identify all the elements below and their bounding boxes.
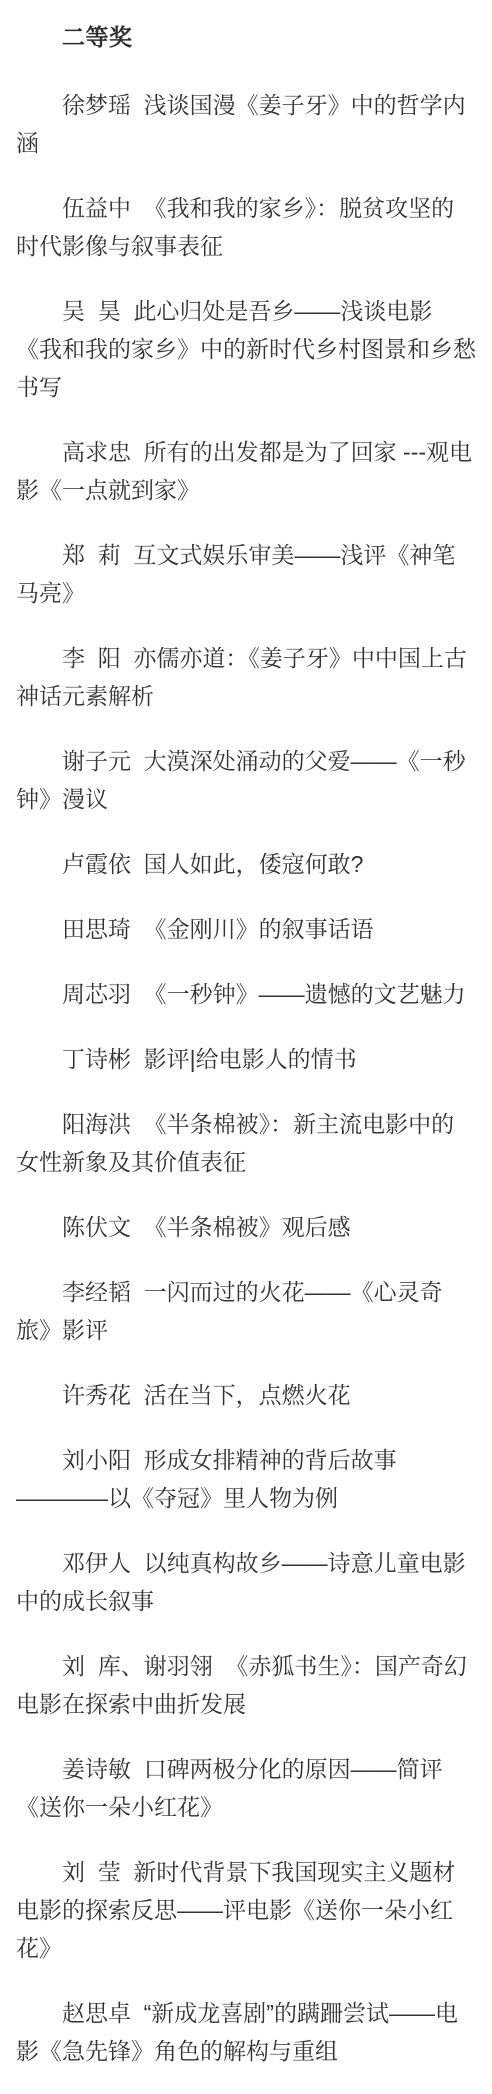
entry-author: 谢子元 — [62, 748, 131, 774]
entry-author: 赵思卓 — [62, 2000, 131, 2026]
entry-author: 高求忠 — [62, 439, 131, 465]
award-entry: 周芯羽《一秒钟》——遗憾的文艺魅力 — [16, 975, 476, 1013]
award-entry: 刘 库、谢羽翎《赤狐书生》：国产奇幻电影在探索中曲折发展 — [16, 1647, 476, 1723]
entry-title: 影评|给电影人的情书 — [144, 1046, 357, 1072]
award-entry: 邓伊人以纯真构故乡——诗意儿童电影中的成长叙事 — [16, 1544, 476, 1620]
award-entry: 刘 莹新时代背景下我国现实主义题材电影的探索反思——评电影《送你一朵小红花》 — [16, 1853, 476, 1967]
entry-author: 吴 昊 — [62, 298, 121, 324]
entry-author: 李经韬 — [62, 1279, 131, 1305]
entry-author: 邓伊人 — [62, 1550, 131, 1576]
entry-author: 刘小阳 — [62, 1447, 131, 1473]
entry-author: 田思琦 — [62, 916, 131, 942]
entry-author: 姜诗敏 — [62, 1756, 131, 1782]
award-tier-heading: 二等奖 — [16, 18, 476, 56]
article-page: { "page": { "background_color": "#ffffff… — [0, 0, 492, 2094]
entry-author: 郑 莉 — [62, 542, 121, 568]
award-entry: 陈伏文《半条棉被》观后感 — [16, 1208, 476, 1246]
award-entry: 李 阳亦儒亦道：《姜子牙》中中国上古神话元素解析 — [16, 639, 476, 715]
award-entry: 田思琦《金刚川》的叙事话语 — [16, 910, 476, 948]
award-list: 徐梦瑶浅谈国漫《姜子牙》中的哲学内涵 伍益中《我和我的家乡》：脱贫攻坚的时代影像… — [16, 86, 476, 2070]
entry-title: 《半条棉被》观后感 — [144, 1214, 351, 1240]
award-entry: 徐梦瑶浅谈国漫《姜子牙》中的哲学内涵 — [16, 86, 476, 162]
award-entry: 高求忠所有的出发都是为了回家 ---观电影《一点就到家》 — [16, 433, 476, 509]
entry-author: 陈伏文 — [62, 1214, 131, 1240]
award-entry: 阳海洪《半条棉被》：新主流电影中的女性新象及其价值表征 — [16, 1105, 476, 1181]
award-entry: 伍益中《我和我的家乡》：脱贫攻坚的时代影像与叙事表征 — [16, 189, 476, 265]
award-entry: 刘小阳形成女排精神的背后故事————以《夺冠》里人物为例 — [16, 1441, 476, 1517]
entry-author: 李 阳 — [62, 645, 121, 671]
award-entry: 卢霞依国人如此，倭寇何敢? — [16, 845, 476, 883]
entry-title: 《金刚川》的叙事话语 — [144, 916, 374, 942]
entry-title: 国人如此，倭寇何敢? — [144, 851, 364, 877]
entry-author: 卢霞依 — [62, 851, 131, 877]
award-entry: 谢子元大漠深处涌动的父爱——《一秒钟》漫议 — [16, 742, 476, 818]
award-entry: 李经韬一闪而过的火花——《心灵奇旅》影评 — [16, 1273, 476, 1349]
entry-author: 阳海洪 — [62, 1111, 131, 1137]
award-entry: 姜诗敏口碑两极分化的原因——简评《送你一朵小红花》 — [16, 1750, 476, 1826]
entry-author: 许秀花 — [62, 1382, 131, 1408]
article-content: 二等奖 徐梦瑶浅谈国漫《姜子牙》中的哲学内涵 伍益中《我和我的家乡》：脱贫攻坚的… — [0, 0, 492, 2094]
award-entry: 吴 昊此心归处是吾乡——浅谈电影《我和我的家乡》中的新时代乡村图景和乡愁书写 — [16, 292, 476, 406]
entry-title: 活在当下，点燃火花 — [144, 1382, 351, 1408]
award-entry: 赵思卓“新成龙喜剧”的蹒跚尝试——电影《急先锋》角色的解构与重组 — [16, 1994, 476, 2070]
award-entry: 郑 莉互文式娱乐审美——浅评《神笔马亮》 — [16, 536, 476, 612]
award-entry: 许秀花活在当下，点燃火花 — [16, 1376, 476, 1414]
entry-author: 刘 库、谢羽翎 — [62, 1653, 213, 1679]
entry-author: 刘 莹 — [62, 1859, 121, 1885]
entry-author: 伍益中 — [62, 195, 131, 221]
entry-author: 周芯羽 — [62, 981, 131, 1007]
entry-title: 《一秒钟》——遗憾的文艺魅力 — [144, 981, 466, 1007]
entry-author: 丁诗彬 — [62, 1046, 131, 1072]
award-entry: 丁诗彬影评|给电影人的情书 — [16, 1040, 476, 1078]
entry-author: 徐梦瑶 — [62, 92, 131, 118]
